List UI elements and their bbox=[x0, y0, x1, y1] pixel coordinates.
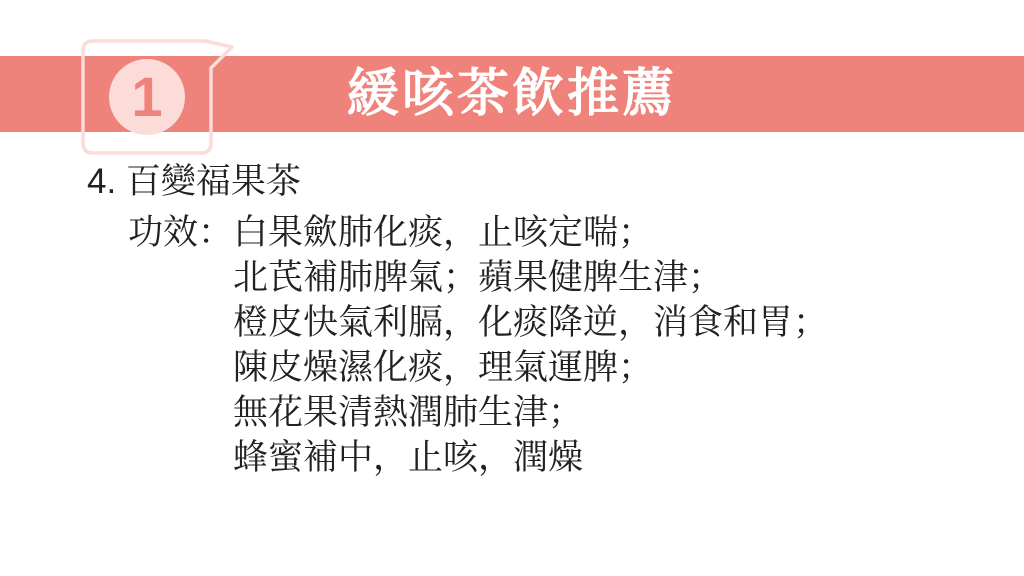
content-block: 4. 百變福果茶 功效： 白果歛肺化痰，止咳定喘； 北芪補肺脾氣；蘋果健脾生津；… bbox=[87, 158, 987, 480]
effects-label: 功效： bbox=[128, 210, 233, 255]
number-badge: 1 bbox=[75, 36, 245, 162]
effect-line: 白果歛肺化痰，止咳定喘； bbox=[233, 210, 987, 255]
effect-line: 蜂蜜補中，止咳，潤燥 bbox=[233, 435, 987, 480]
effect-line: 北芪補肺脾氣；蘋果健脾生津； bbox=[233, 255, 987, 300]
effect-line: 橙皮快氣利膈，化痰降逆，消食和胃； bbox=[233, 300, 987, 345]
effects-lines: 白果歛肺化痰，止咳定喘； 北芪補肺脾氣；蘋果健脾生津； 橙皮快氣利膈，化痰降逆，… bbox=[233, 210, 987, 480]
item-heading: 4. 百變福果茶 bbox=[87, 158, 987, 206]
effect-line: 無花果清熱潤肺生津； bbox=[233, 390, 987, 435]
effects-row: 功效： 白果歛肺化痰，止咳定喘； 北芪補肺脾氣；蘋果健脾生津； 橙皮快氣利膈，化… bbox=[128, 210, 987, 480]
effect-line: 陳皮燥濕化痰，理氣運脾； bbox=[233, 345, 987, 390]
badge-number-text: 1 bbox=[109, 59, 185, 135]
slide: 緩咳茶飲推薦 1 4. 百變福果茶 功效： 白果歛肺化痰，止咳定喘； 北芪補肺脾… bbox=[0, 0, 1024, 576]
